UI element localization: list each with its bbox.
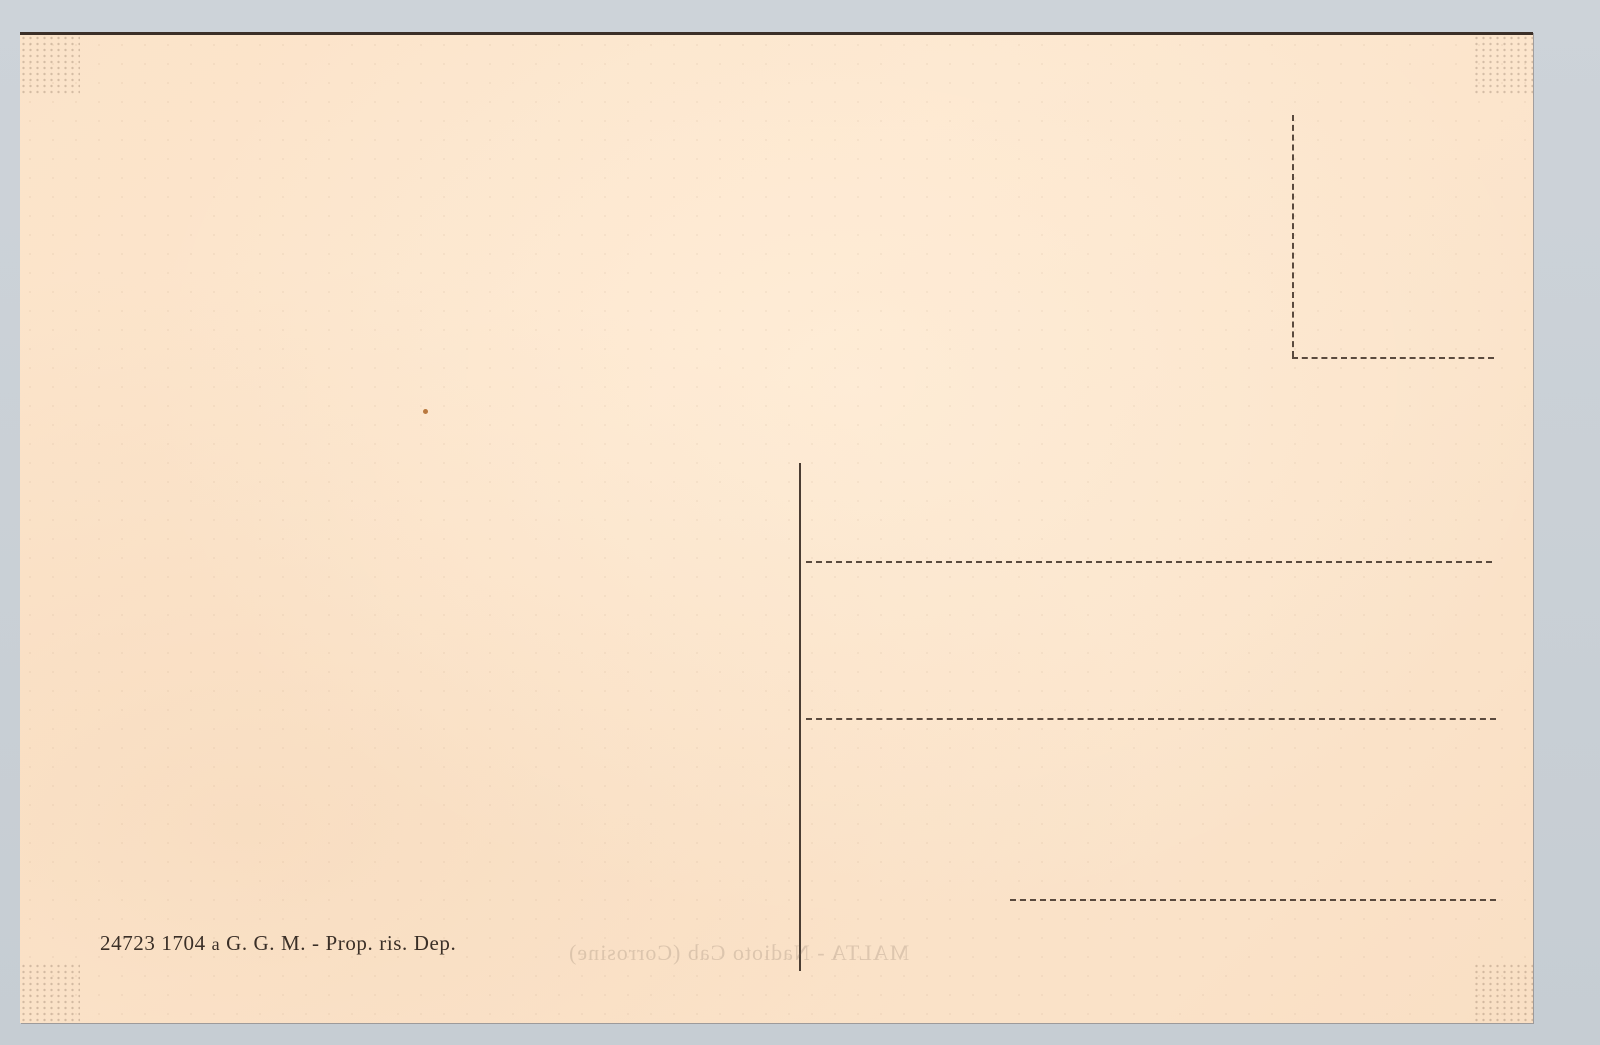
stamp-box-left-border bbox=[1292, 115, 1294, 357]
address-line-2 bbox=[806, 718, 1496, 720]
corner-wear-bottom-left bbox=[20, 963, 80, 1023]
corner-wear-bottom-right bbox=[1473, 963, 1533, 1023]
publisher-initials: G. G. M. bbox=[226, 931, 306, 955]
address-line-3 bbox=[1010, 899, 1496, 901]
bleed-through-caption: MALTA - Nadioto Cab (Corrosine) bbox=[568, 940, 909, 966]
plate-number: 1704 bbox=[161, 931, 205, 955]
corner-wear-top-left bbox=[20, 35, 80, 95]
address-line-1 bbox=[806, 561, 1492, 563]
publisher-imprint: 24723 1704 a G. G. M. - Prop. ris. Dep. bbox=[100, 931, 456, 956]
postcard-back: 24723 1704 a G. G. M. - Prop. ris. Dep. … bbox=[20, 32, 1533, 1023]
scan-background: 24723 1704 a G. G. M. - Prop. ris. Dep. … bbox=[0, 0, 1600, 1045]
suffix-letter: a bbox=[212, 934, 221, 954]
catalog-number: 24723 bbox=[100, 931, 156, 955]
message-address-divider bbox=[799, 463, 801, 971]
corner-wear-top-right bbox=[1473, 35, 1533, 95]
foxing-spot bbox=[423, 409, 428, 414]
imprint-separator: - bbox=[312, 931, 320, 955]
stamp-box-bottom-border bbox=[1292, 357, 1494, 359]
rights-notice: Prop. ris. Dep. bbox=[325, 931, 456, 955]
